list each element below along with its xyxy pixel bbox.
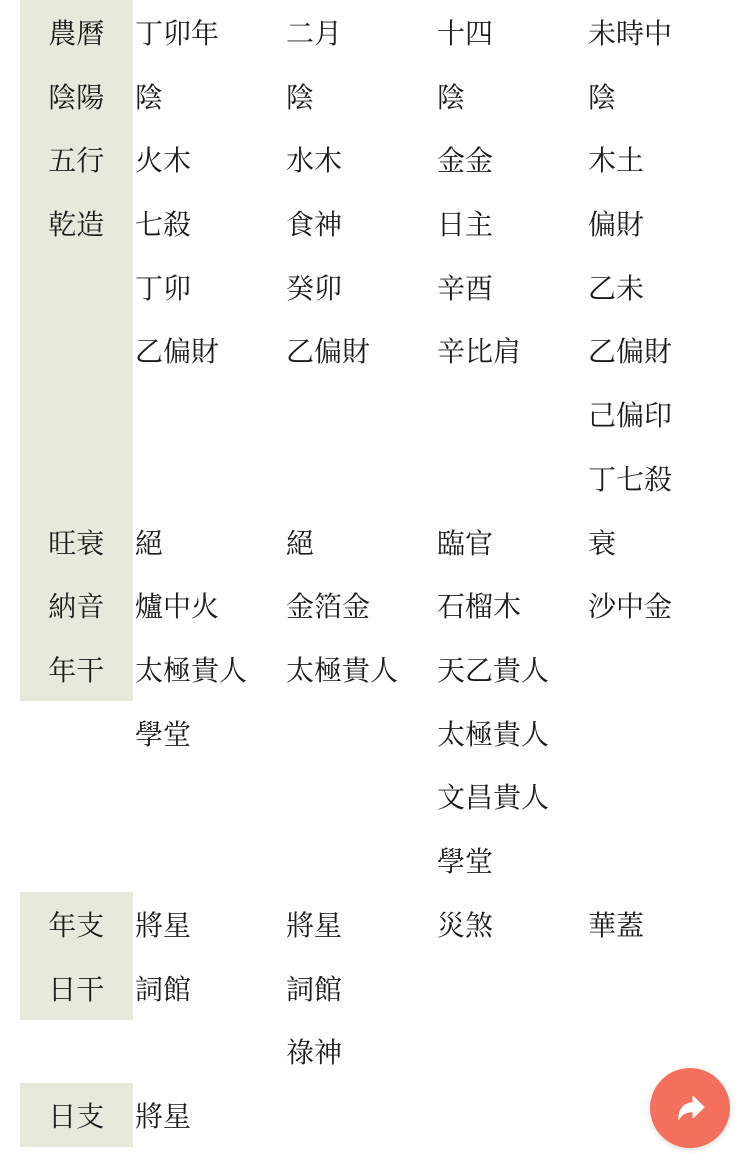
cell-hour-pillar [588,956,738,1020]
cell-hour-pillar: 丁七殺 [588,446,738,510]
cell-day-pillar: 辛酉 [437,255,587,319]
row-label [20,701,134,765]
cell-year-pillar: 學堂 [135,701,285,765]
cell-month-pillar: 二月 [286,0,436,64]
cell-year-pillar: 乙偏財 [135,319,285,383]
cell-year-pillar: 丁卯 [135,255,285,319]
cell-month-pillar [286,828,436,892]
row-label: 日支 [20,1083,134,1147]
cell-hour-pillar: 乙偏財 [588,319,738,383]
cell-day-pillar [437,1083,587,1147]
cell-year-pillar [135,1020,285,1084]
cell-month-pillar [286,382,436,446]
row-label: 乾造 [20,191,134,255]
row-label [20,446,134,510]
cell-day-pillar [437,956,587,1020]
cell-day-pillar: 石榴木 [437,573,587,637]
table-row: 祿神 [0,1020,750,1084]
table-row: 旺衰 絕 絕 臨官 衰 [0,510,750,574]
cell-day-pillar: 陰 [437,64,587,128]
table-row: 年支 將星 將星 災煞 華蓋 [0,892,750,956]
table-row: 學堂 太極貴人 [0,701,750,765]
table-row: 丁七殺 [0,446,750,510]
cell-month-pillar [286,765,436,829]
cell-month-pillar [286,446,436,510]
row-label: 農曆 [20,0,134,64]
row-label [20,255,134,319]
cell-month-pillar [286,701,436,765]
cell-hour-pillar [588,1020,738,1084]
cell-year-pillar [135,446,285,510]
cell-year-pillar [135,828,285,892]
share-button[interactable] [650,1068,730,1148]
cell-month-pillar: 陰 [286,64,436,128]
cell-month-pillar: 食神 [286,191,436,255]
cell-hour-pillar: 己偏印 [588,382,738,446]
cell-hour-pillar: 衰 [588,510,738,574]
cell-day-pillar: 太極貴人 [437,701,587,765]
cell-year-pillar: 將星 [135,1083,285,1147]
row-label [20,828,134,892]
cell-year-pillar: 詞館 [135,956,285,1020]
cell-year-pillar: 將星 [135,892,285,956]
share-forward-icon [671,1089,709,1127]
cell-year-pillar: 陰 [135,64,285,128]
cell-year-pillar: 爐中火 [135,573,285,637]
cell-day-pillar: 臨官 [437,510,587,574]
cell-day-pillar: 文昌貴人 [437,765,587,829]
cell-year-pillar: 太極貴人 [135,637,285,701]
cell-month-pillar: 祿神 [286,1020,436,1084]
bazi-chart-page: 農曆 丁卯年 二月 十四 未時中 陰陽 陰 陰 陰 陰 五行 火木 水木 金金 … [0,0,750,1162]
row-label: 陰陽 [20,64,134,128]
cell-hour-pillar [588,701,738,765]
table-row: 乾造 七殺 食神 日主 偏財 [0,191,750,255]
cell-hour-pillar [588,765,738,829]
cell-day-pillar: 十四 [437,0,587,64]
cell-year-pillar [135,382,285,446]
cell-day-pillar: 日主 [437,191,587,255]
cell-day-pillar: 辛比肩 [437,319,587,383]
cell-month-pillar: 絕 [286,510,436,574]
row-label [20,319,134,383]
pillars-table: 農曆 丁卯年 二月 十四 未時中 陰陽 陰 陰 陰 陰 五行 火木 水木 金金 … [0,0,750,1147]
cell-hour-pillar: 偏財 [588,191,738,255]
table-row: 年干 太極貴人 太極貴人 天乙貴人 [0,637,750,701]
cell-hour-pillar: 木土 [588,127,738,191]
cell-month-pillar: 水木 [286,127,436,191]
cell-hour-pillar: 乙未 [588,255,738,319]
cell-hour-pillar: 沙中金 [588,573,738,637]
row-label: 日干 [20,956,134,1020]
cell-day-pillar: 學堂 [437,828,587,892]
table-row: 五行 火木 水木 金金 木土 [0,127,750,191]
cell-hour-pillar: 華蓋 [588,892,738,956]
row-label: 納音 [20,573,134,637]
cell-hour-pillar: 未時中 [588,0,738,64]
cell-day-pillar [437,1020,587,1084]
cell-day-pillar: 金金 [437,127,587,191]
cell-month-pillar: 金箔金 [286,573,436,637]
table-row: 納音 爐中火 金箔金 石榴木 沙中金 [0,573,750,637]
row-label [20,382,134,446]
cell-year-pillar [135,765,285,829]
cell-day-pillar [437,382,587,446]
row-label: 五行 [20,127,134,191]
cell-month-pillar: 將星 [286,892,436,956]
row-label: 旺衰 [20,510,134,574]
row-label: 年干 [20,637,134,701]
cell-year-pillar: 絕 [135,510,285,574]
cell-hour-pillar: 陰 [588,64,738,128]
cell-year-pillar: 七殺 [135,191,285,255]
table-row: 文昌貴人 [0,765,750,829]
table-row: 己偏印 [0,382,750,446]
table-row: 丁卯 癸卯 辛酉 乙未 [0,255,750,319]
table-row: 日支 將星 [0,1083,750,1147]
cell-day-pillar: 災煞 [437,892,587,956]
row-label [20,765,134,829]
cell-day-pillar [437,446,587,510]
cell-hour-pillar [588,637,738,701]
row-label: 年支 [20,892,134,956]
cell-year-pillar: 火木 [135,127,285,191]
cell-year-pillar: 丁卯年 [135,0,285,64]
cell-month-pillar: 癸卯 [286,255,436,319]
cell-month-pillar: 乙偏財 [286,319,436,383]
table-row: 農曆 丁卯年 二月 十四 未時中 [0,0,750,64]
cell-month-pillar: 詞館 [286,956,436,1020]
cell-hour-pillar [588,828,738,892]
cell-month-pillar: 太極貴人 [286,637,436,701]
table-row: 日干 詞館 詞館 [0,956,750,1020]
cell-day-pillar: 天乙貴人 [437,637,587,701]
row-label [20,1020,134,1084]
table-row: 陰陽 陰 陰 陰 陰 [0,64,750,128]
cell-month-pillar [286,1083,436,1147]
table-row: 乙偏財 乙偏財 辛比肩 乙偏財 [0,319,750,383]
table-row: 學堂 [0,828,750,892]
